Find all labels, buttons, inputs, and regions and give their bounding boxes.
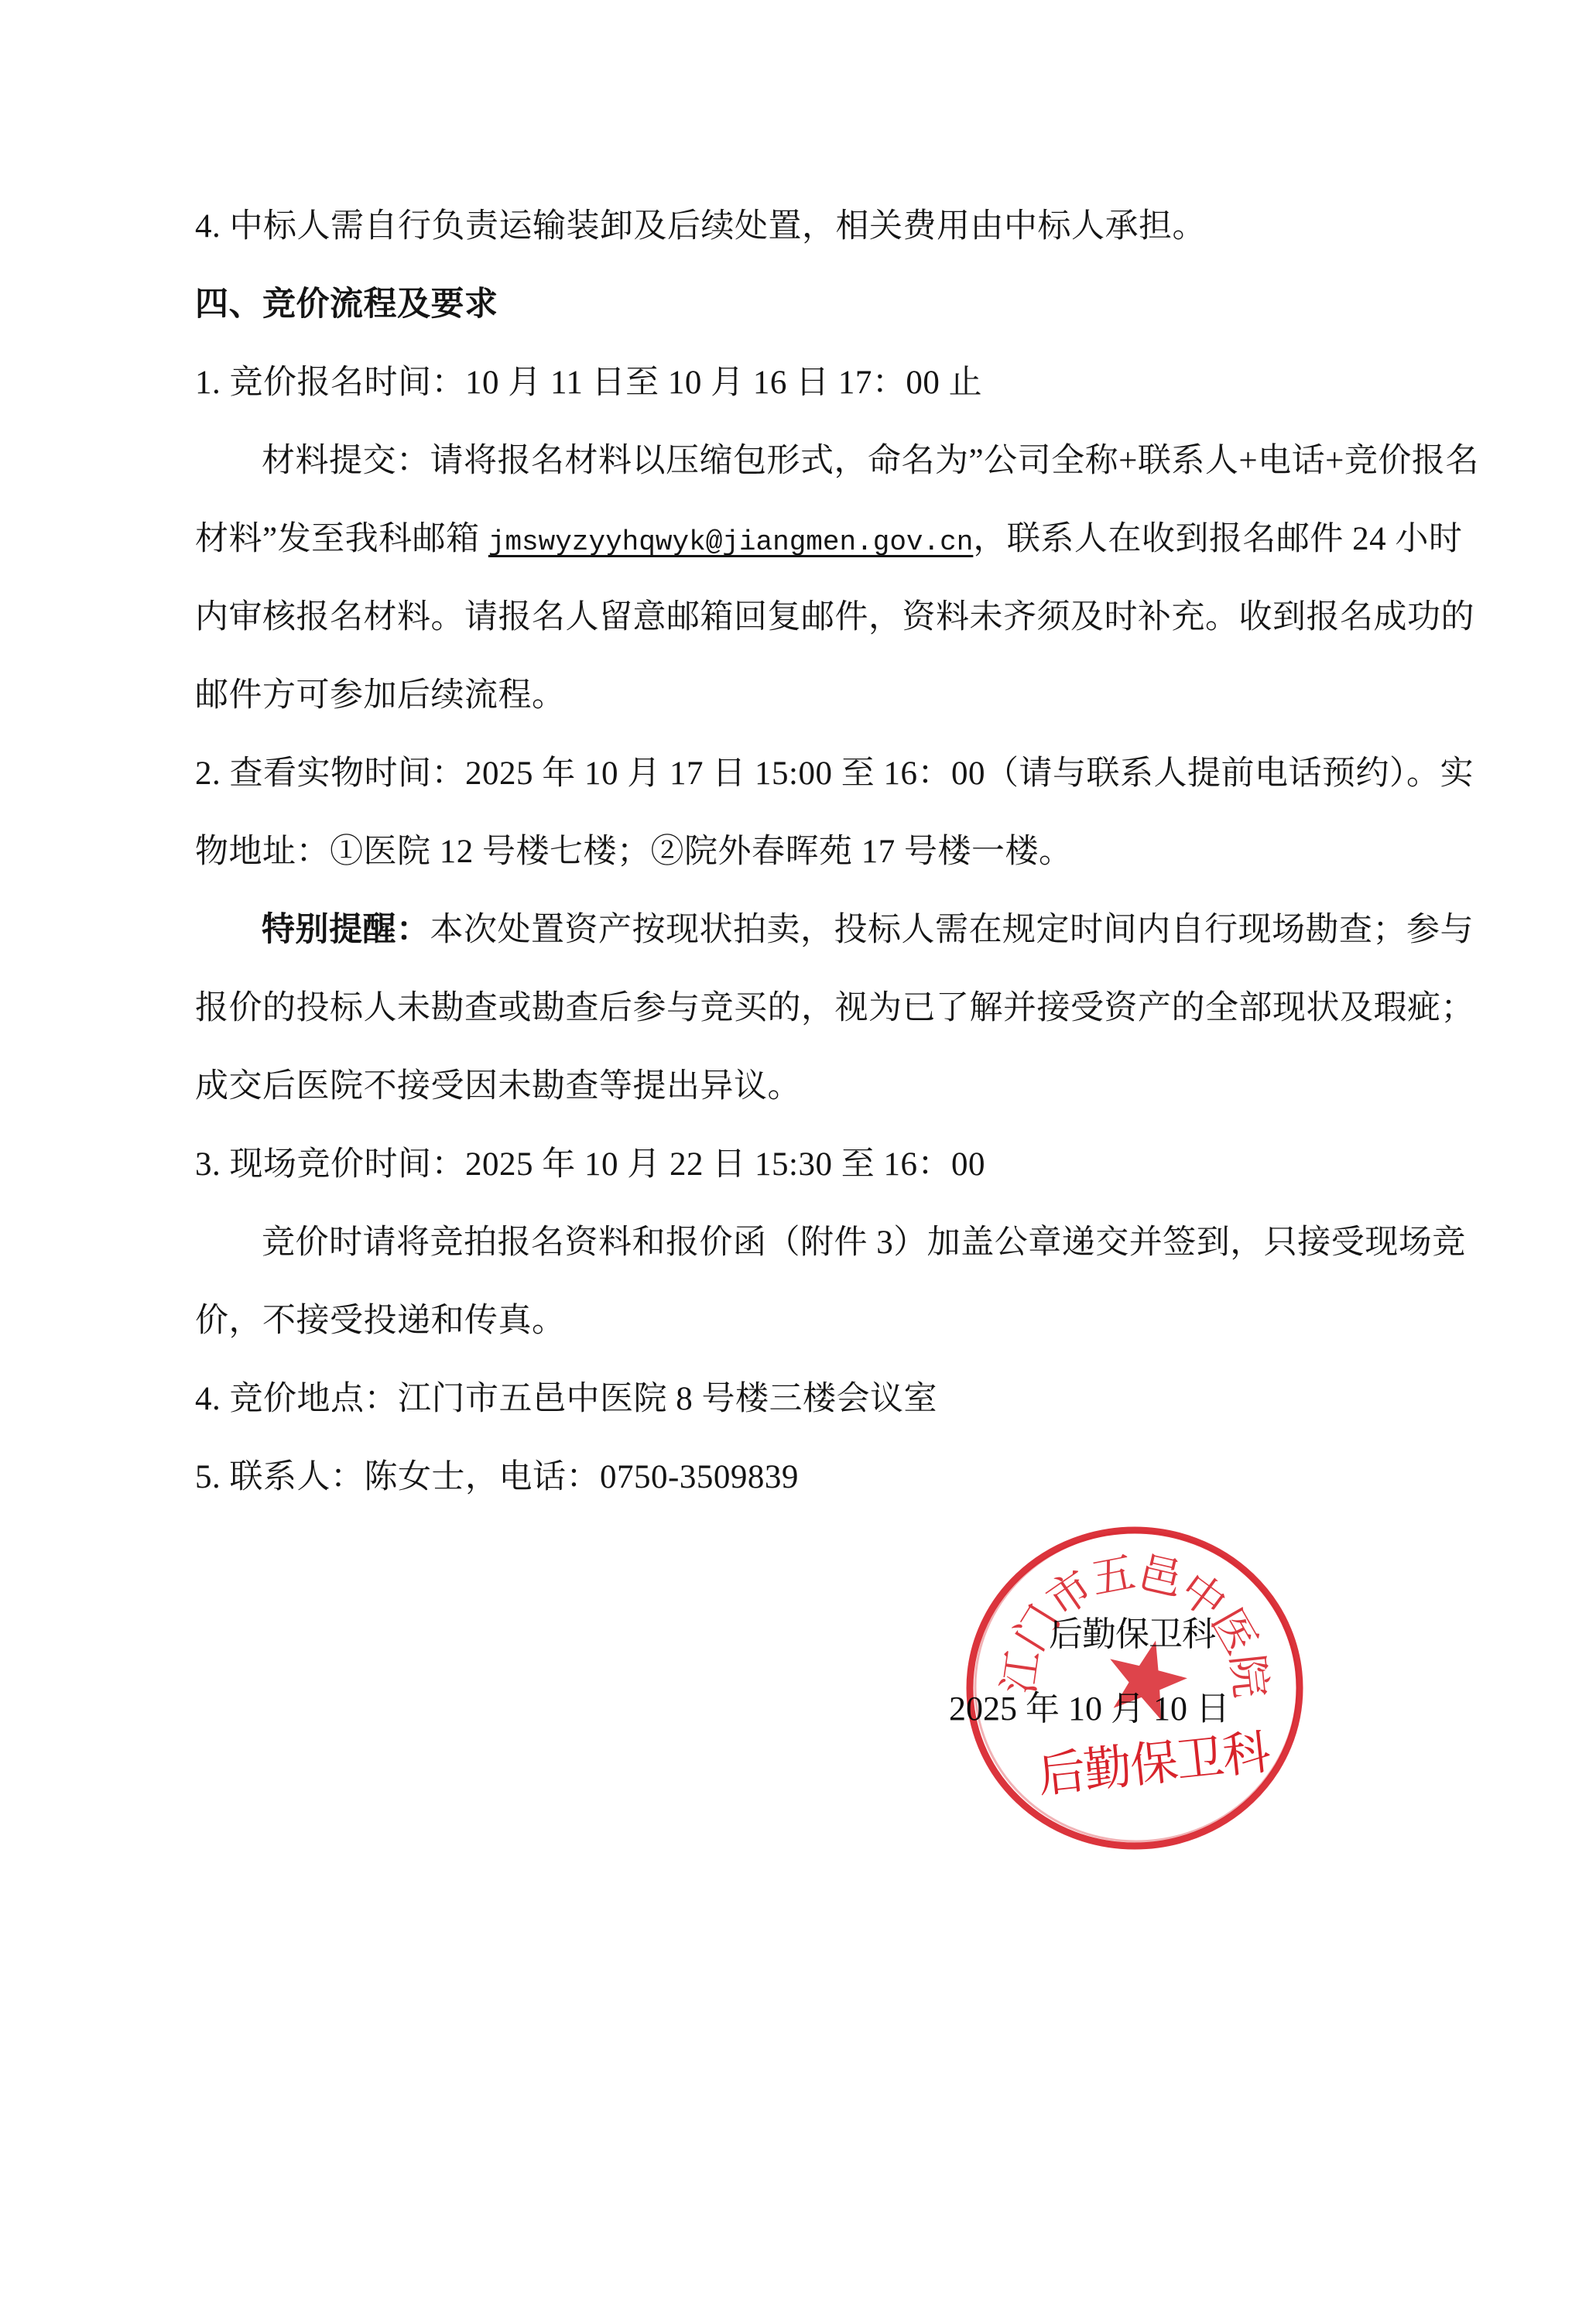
seal-ring-char: 五	[1087, 1549, 1139, 1604]
text-segment: 价，不接受投递和传真。	[195, 1303, 566, 1339]
document-line: 四、竞价流程及要求	[195, 286, 498, 324]
document-line: 2. 查看实物时间：2025 年 10 月 17 日 15:00 至 16：00…	[195, 755, 1474, 793]
email-address[interactable]: jmswyzyyhqwyk@jiangmen.gov.cn	[488, 526, 974, 558]
seal-star-icon	[1110, 1641, 1187, 1721]
seal-graphic: 江门市五邑中医院 后勤保卫科	[962, 1522, 1307, 1855]
text-segment: 4. 竞价地点：江门市五邑中医院 8 号楼三楼会议室	[195, 1381, 937, 1417]
document-line: 成交后医院不接受因未勘查等提出异议。	[195, 1067, 801, 1106]
text-segment: ，联系人在收到报名邮件 24 小时	[973, 521, 1462, 557]
text-segment: 内审核报名材料。请报名人留意邮箱回复邮件，资料未齐须及时补充。收到报名成功的	[195, 599, 1474, 635]
document-line: 材料”发至我科邮箱 jmswyzyyhqwyk@jiangmen.gov.cn，…	[195, 520, 1462, 562]
document-page: 4. 中标人需自行负责运输装卸及后续处置，相关费用由中标人承担。四、竞价流程及要…	[0, 0, 1596, 2322]
document-line: 材料提交：请将报名材料以压缩包形式，命名为”公司全称+联系人+电话+竞价报名	[262, 442, 1479, 481]
text-segment: 材料提交：请将报名材料以压缩包形式，命名为”公司全称+联系人+电话+竞价报名	[262, 443, 1479, 479]
document-line: 价，不接受投递和传真。	[195, 1302, 566, 1341]
text-segment: 特别提醒：	[262, 912, 430, 948]
document-lines: 4. 中标人需自行负责运输装卸及后续处置，相关费用由中标人承担。四、竞价流程及要…	[195, 207, 1410, 1539]
text-segment: 本次处置资产按现状拍卖，投标人需在规定时间内自行现场勘查；参与	[430, 912, 1474, 948]
text-segment: 4. 中标人需自行负责运输装卸及后续处置，相关费用由中标人承担。	[195, 208, 1206, 245]
text-segment: 2. 查看实物时间：2025 年 10 月 17 日 15:00 至 16：00…	[195, 755, 1474, 792]
text-segment: 材料”发至我科邮箱	[195, 521, 488, 557]
text-segment: 物地址：①医院 12 号楼七楼；②院外春晖苑 17 号楼一楼。	[195, 834, 1073, 870]
text-segment: 邮件方可参加后续流程。	[195, 677, 566, 714]
document-line: 邮件方可参加后续流程。	[195, 676, 566, 715]
text-segment: 四、竞价流程及要求	[195, 286, 498, 323]
seal-ring-char: 院	[1221, 1652, 1274, 1700]
document-line: 4. 竞价地点：江门市五邑中医院 8 号楼三楼会议室	[195, 1380, 937, 1419]
text-segment: 5. 联系人：陈女士，电话：0750-3509839	[195, 1459, 799, 1495]
official-seal: 江门市五邑中医院 后勤保卫科	[962, 1522, 1307, 1855]
text-segment: 成交后医院不接受因未勘查等提出异议。	[195, 1068, 801, 1104]
seal-bottom-text: 后勤保卫科	[1035, 1726, 1272, 1803]
document-line: 竞价时请将竞拍报名资料和报价函（附件 3）加盖公章递交并签到，只接受现场竞	[262, 1224, 1466, 1262]
text-segment: 3. 现场竞价时间：2025 年 10 月 22 日 15:30 至 16：00	[195, 1146, 985, 1183]
document-line: 5. 联系人：陈女士，电话：0750-3509839	[195, 1458, 799, 1497]
document-line: 内审核报名材料。请报名人留意邮箱回复邮件，资料未齐须及时补充。收到报名成功的	[195, 598, 1474, 637]
document-line: 3. 现场竞价时间：2025 年 10 月 22 日 15:30 至 16：00	[195, 1146, 985, 1184]
document-line: 4. 中标人需自行负责运输装卸及后续处置，相关费用由中标人承担。	[195, 207, 1206, 246]
document-line: 1. 竞价报名时间：10 月 11 日至 10 月 16 日 17：00 止	[195, 364, 982, 402]
document-line: 物地址：①医院 12 号楼七楼；②院外春晖苑 17 号楼一楼。	[195, 833, 1073, 872]
text-segment: 竞价时请将竞拍报名资料和报价函（附件 3）加盖公章递交并签到，只接受现场竞	[262, 1224, 1466, 1261]
document-line: 特别提醒：本次处置资产按现状拍卖，投标人需在规定时间内自行现场勘查；参与	[262, 911, 1474, 950]
text-segment: 报价的投标人未勘查或勘查后参与竞买的，视为已了解并接受资产的全部现状及瑕疵；	[195, 990, 1474, 1026]
text-segment: 1. 竞价报名时间：10 月 11 日至 10 月 16 日 17：00 止	[195, 365, 982, 401]
document-line: 报价的投标人未勘查或勘查后参与竞买的，视为已了解并接受资产的全部现状及瑕疵；	[195, 989, 1474, 1028]
